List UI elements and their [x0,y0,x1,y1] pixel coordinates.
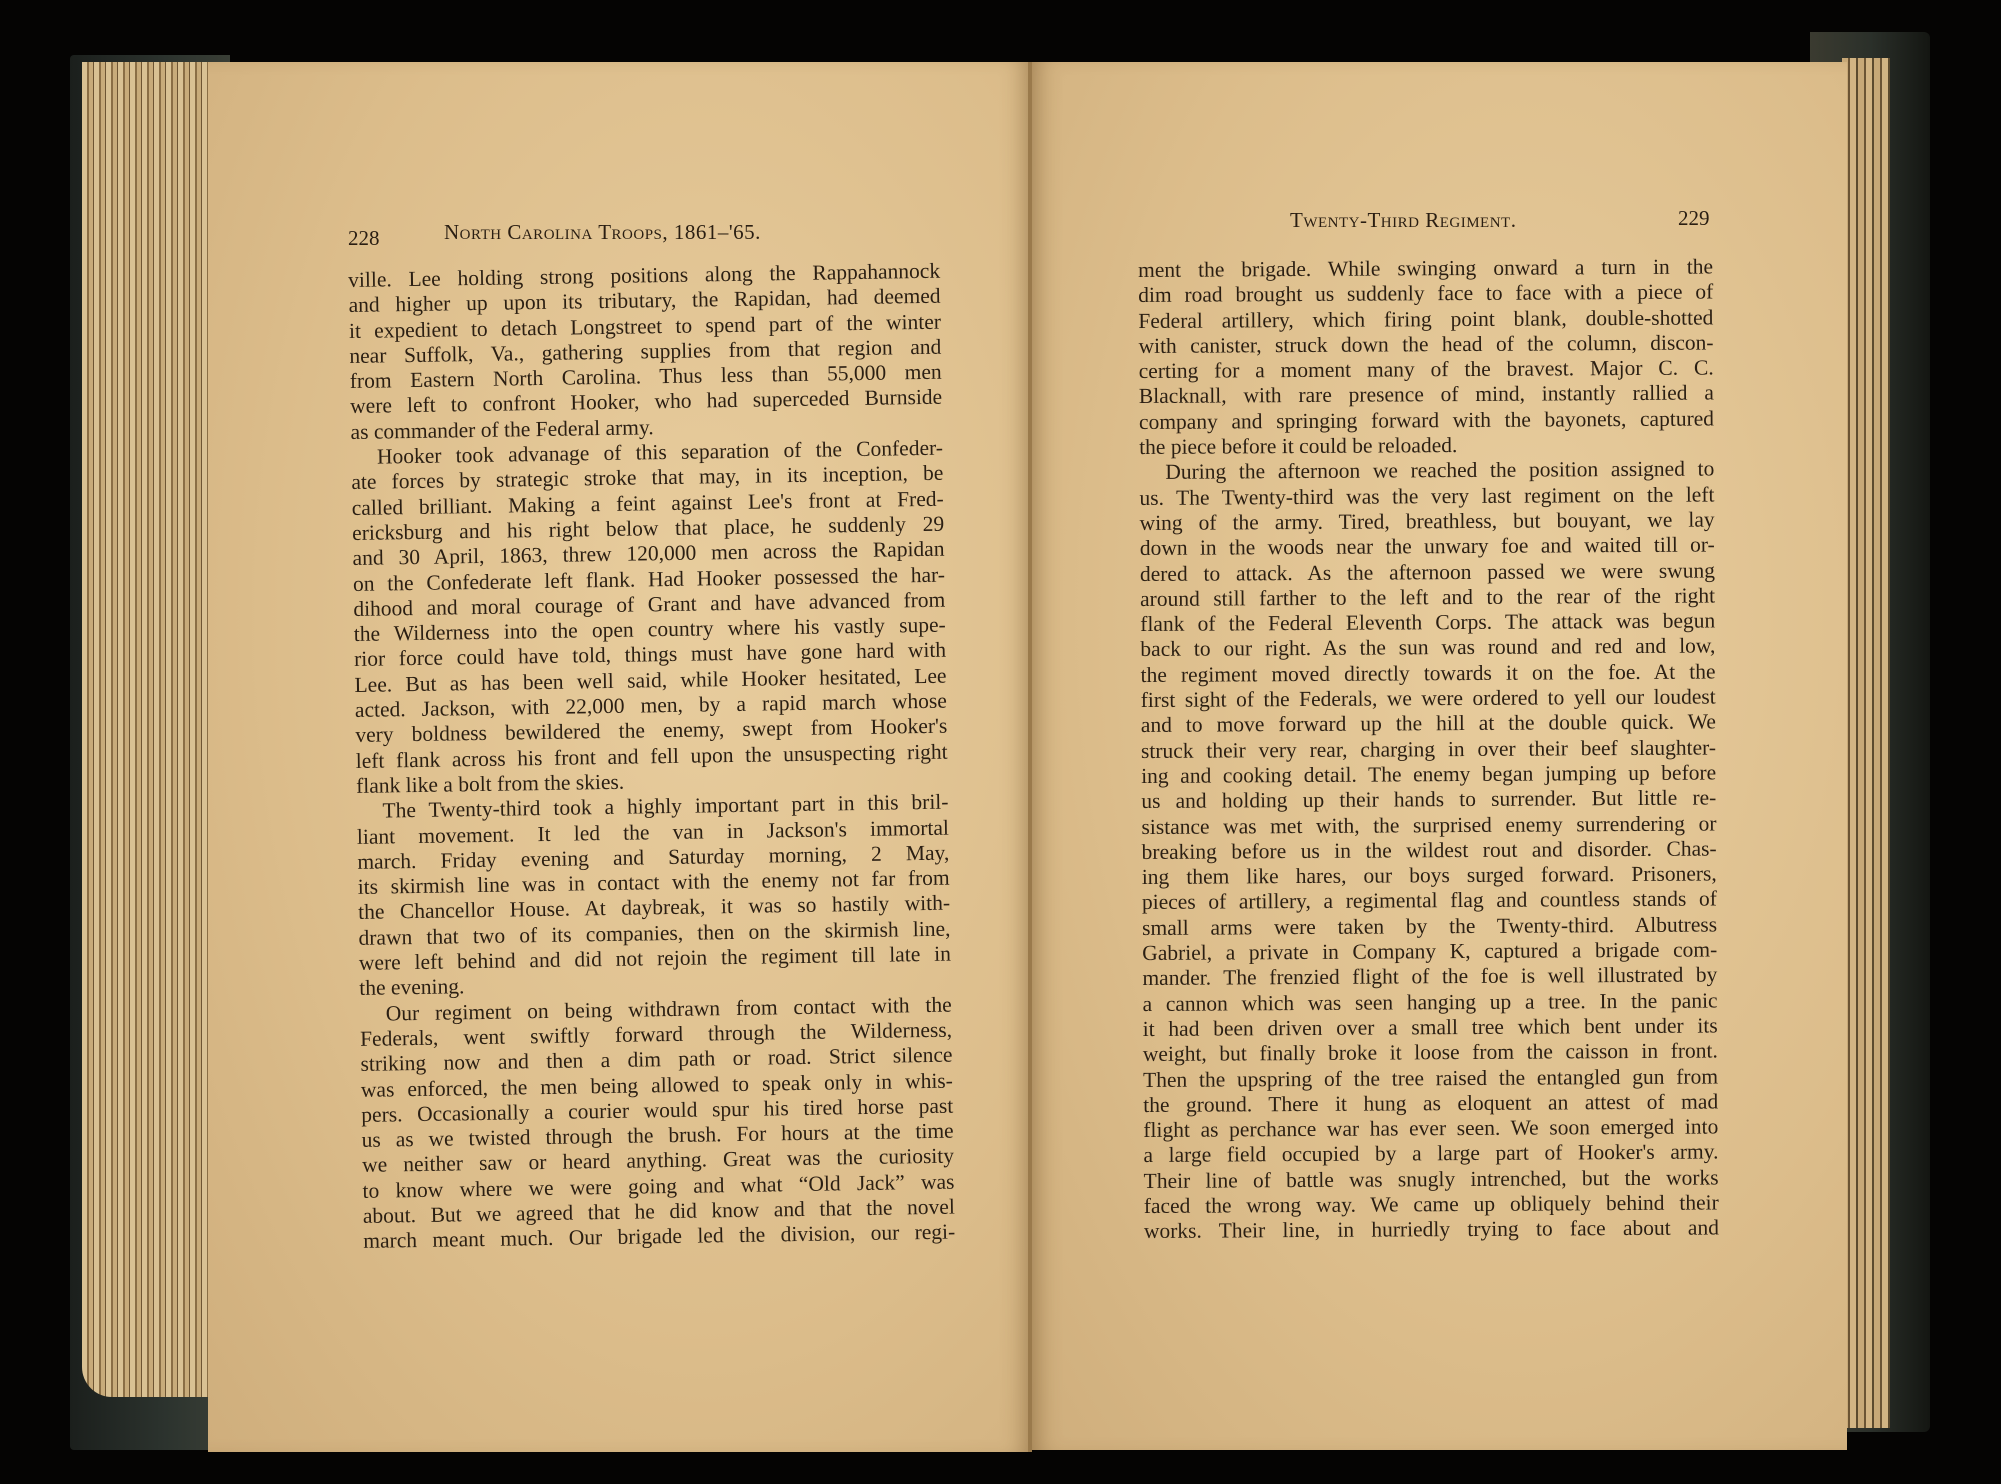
text-line: works. Their line, in hurriedly trying t… [1144,1216,1719,1245]
text-line: the piece before it could be reloaded. [1139,432,1714,461]
text-line: dered to attack. As the afternoon passed… [1140,558,1715,587]
book-gutter [1028,62,1032,1452]
text-line: Gabriel, a private in Company K, capture… [1142,937,1717,966]
right-page-body: ment the brigade. While swinging onward … [1138,254,1719,1244]
text-line: Their line of battle was snugly intrench… [1144,1165,1719,1194]
text-line: with canister, struck down the head of t… [1138,330,1713,359]
text-line: flank of the Federal Eleventh Corps. The… [1140,609,1715,638]
page-edges-right [1842,58,1890,1428]
right-page-number: 229 [1678,206,1710,231]
text-line: back to our right. As the sun was round … [1140,634,1715,663]
text-line: mander. The frenzied flight of the foe i… [1142,963,1717,992]
text-line: sistance was met with, the surprised ene… [1141,811,1716,840]
text-line: wing of the army. Tired, breathless, but… [1140,507,1715,536]
left-running-head-text: North Carolina Troops, 1861–'65. [444,220,761,244]
text-line: pieces of artillery, a regimental flag a… [1142,887,1717,916]
text-line: the ground. There it hung as eloquent an… [1143,1089,1718,1118]
text-line: certing for a moment many of the bravest… [1139,356,1714,385]
right-running-head-text: Twenty-Third Regiment. [1290,208,1516,232]
text-line: company and springing forward with the b… [1139,406,1714,435]
text-line: us and holding up their hands to surrend… [1141,786,1716,815]
text-line: breaking before us in the wildest rout a… [1142,836,1717,865]
text-line: a cannon which was seen hanging up a tre… [1142,988,1717,1017]
text-line: Then the upspring of the tree raised the… [1143,1064,1718,1093]
text-line: around still farther to the left and to … [1140,583,1715,612]
text-line: struck their very rear, charging in over… [1141,735,1716,764]
text-line: Federal artillery, which firing point bl… [1138,305,1713,334]
text-line: the regiment moved directly towards it o… [1140,659,1715,688]
text-line: dim road brought us suddenly face to fac… [1138,280,1713,309]
text-line: ing and cooking detail. The enemy began … [1141,760,1716,789]
left-running-head: North Carolina Troops, 1861–'65. [444,220,761,245]
text-line: weight, but finally broke it loose from … [1143,1039,1718,1068]
text-line: During the afternoon we reached the posi… [1139,457,1714,486]
text-line: faced the wrong way. We came up obliquel… [1144,1190,1719,1219]
text-line: and to move forward up the hill at the d… [1141,710,1716,739]
text-line: ing them like hares, our boys surged for… [1142,862,1717,891]
text-line: ment the brigade. While swinging onward … [1138,254,1713,283]
text-line: Blacknall, with rare presence of mind, i… [1139,381,1714,410]
text-line: small arms were taken by the Twenty-thir… [1142,912,1717,941]
text-line: first sight of the Federals, we were ord… [1141,685,1716,714]
left-page-body: ville. Lee holding strong positions alon… [348,259,955,1255]
text-line: it had been driven over a small tree whi… [1143,1013,1718,1042]
left-page-number: 228 [348,226,380,251]
text-line: a large field occupied by a large part o… [1143,1140,1718,1169]
text-line: us. The Twenty-third was the very last r… [1139,482,1714,511]
text-line: down in the woods near the unwary foe an… [1140,533,1715,562]
right-running-head: Twenty-Third Regiment. [1290,208,1516,233]
text-line: flight as perchance war has ever seen. W… [1143,1115,1718,1144]
page-edges-left [82,62,210,1397]
